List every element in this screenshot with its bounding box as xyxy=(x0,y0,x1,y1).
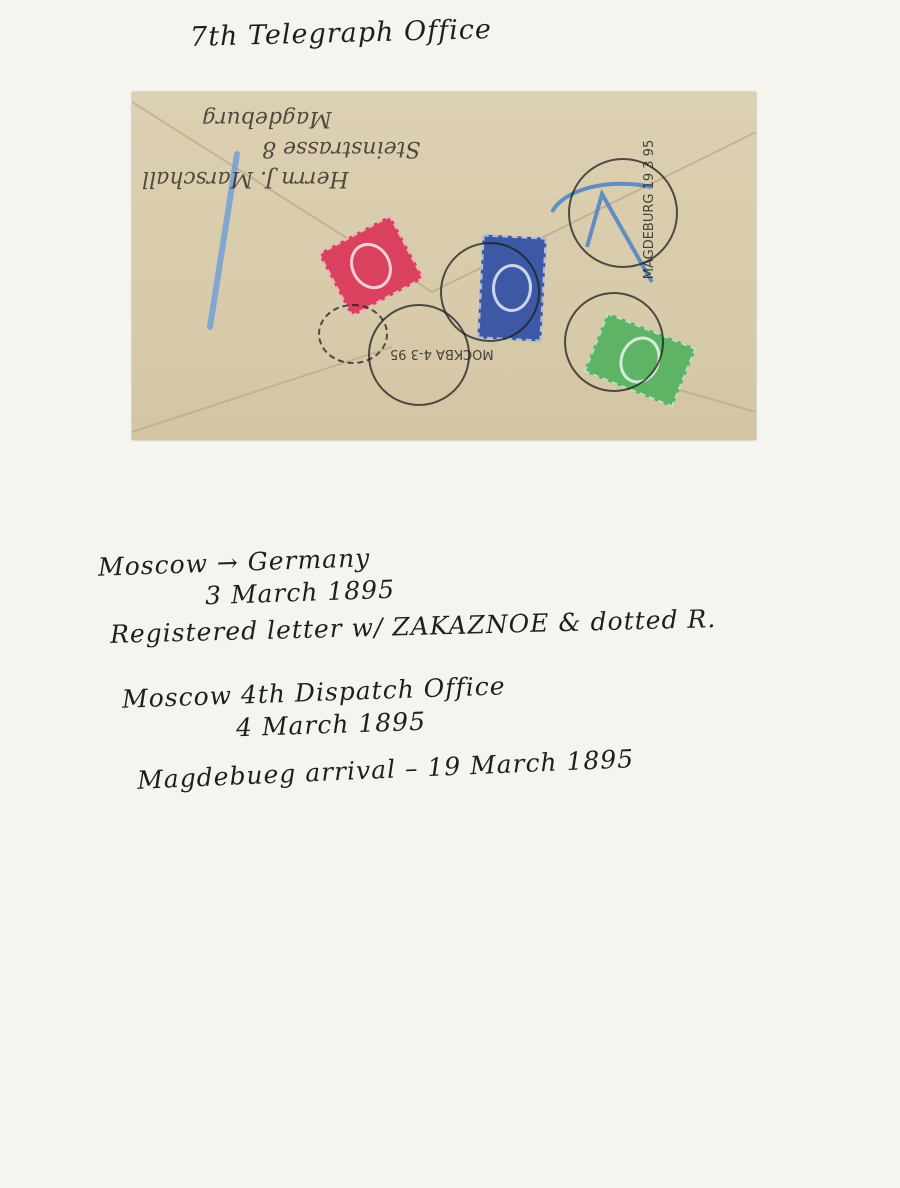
address-line: Magdeburg xyxy=(202,106,332,131)
telegraph-postmark xyxy=(564,292,664,392)
telegraph-postmark xyxy=(440,242,540,342)
note-dispatch-office: Moscow 4th Dispatch Office xyxy=(122,671,506,713)
postmark-text: МОСКВА 4-3 95 xyxy=(390,346,494,361)
magdeburg-postmark xyxy=(568,158,678,268)
note-arrival: Magdebueg arrival – 19 March 1895 xyxy=(137,744,635,795)
note-dispatch-date: 4 March 1895 xyxy=(236,707,427,743)
partial-postmark xyxy=(318,304,388,364)
page-title: 7th Telegraph Office xyxy=(190,14,493,53)
note-date: 3 March 1895 xyxy=(205,575,396,611)
postmark-text: MAGDEBURG 19 3 95 xyxy=(642,140,657,279)
note-registered: Registered letter w/ ZAKAZNOE & dotted R… xyxy=(110,604,717,649)
envelope-image: Magdeburg Steinstrasse 8 Herrn J. Marsch… xyxy=(132,92,756,440)
address-line: Herrn J. Marschall xyxy=(142,166,349,191)
address-line: Steinstrasse 8 xyxy=(262,136,421,161)
